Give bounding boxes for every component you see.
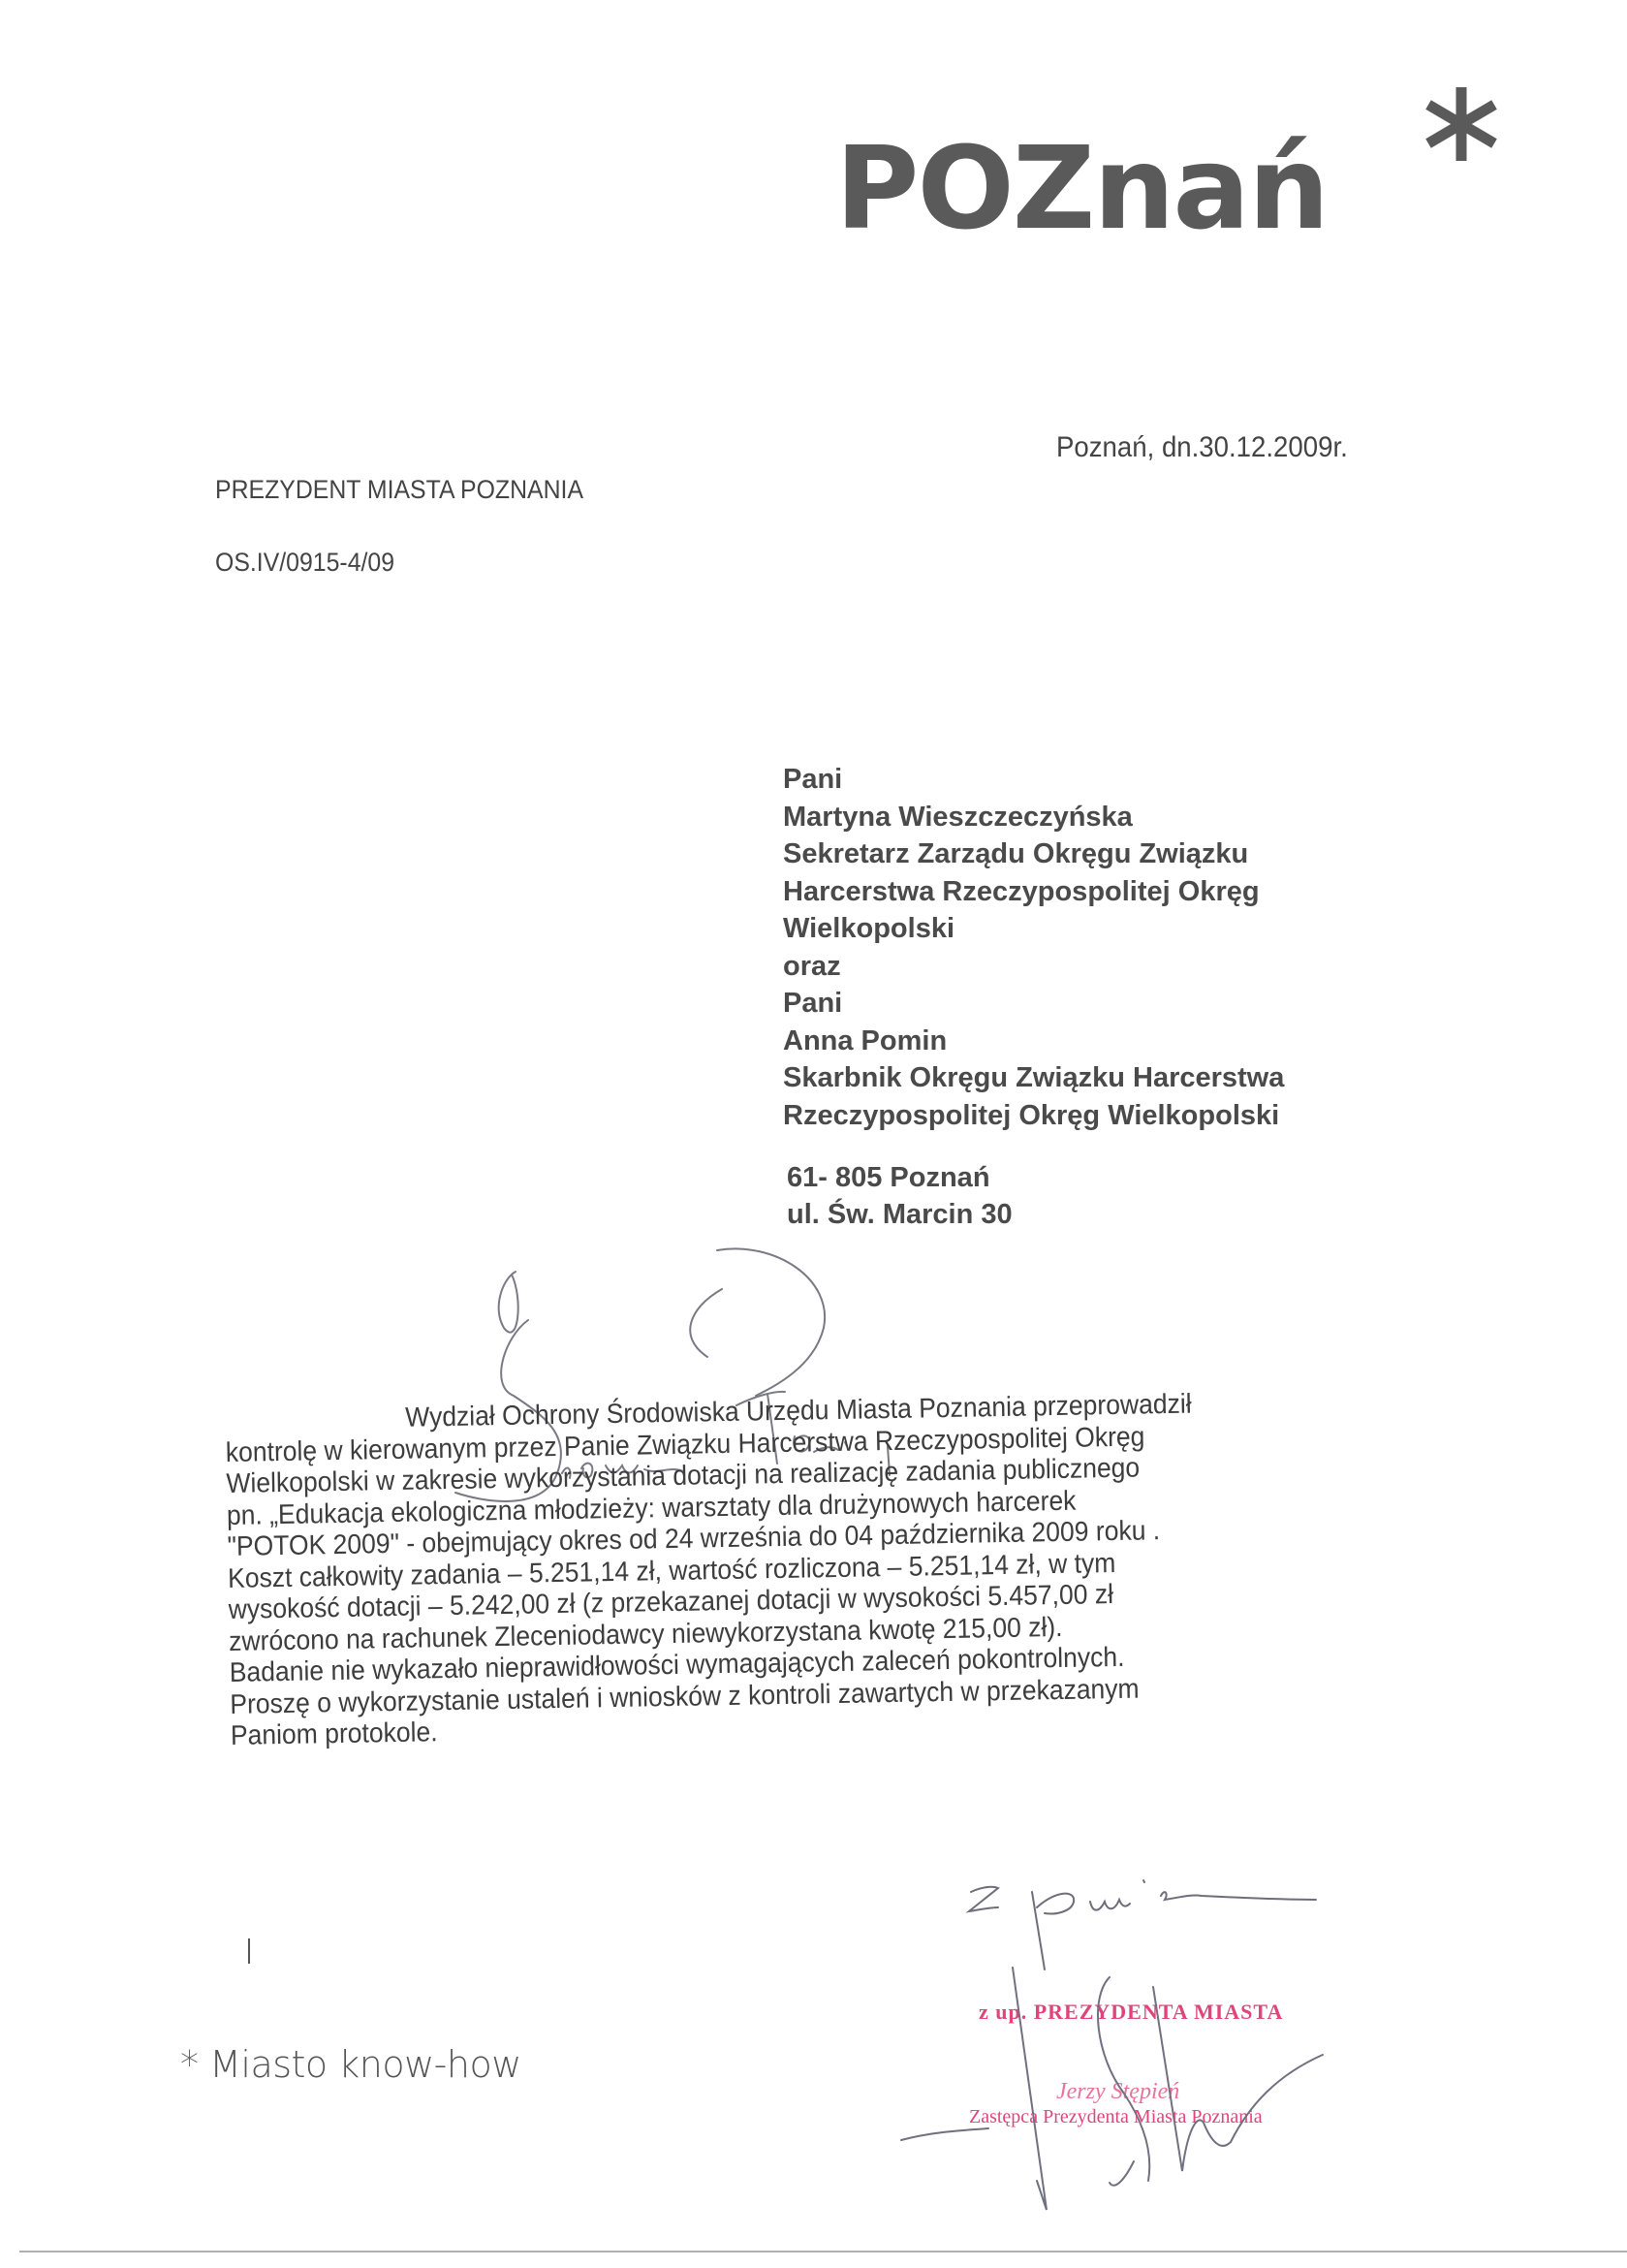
city-slogan: * Miasto know-how [180, 2043, 521, 2086]
addressee-line: Harcerstwa Rzeczypospolitej Okręg [783, 873, 1284, 911]
addressee-line: Sekretarz Zarządu Okręgu Związku [783, 835, 1284, 873]
letter-body: Wydział Ochrony Środowiska Urzędu Miasta… [225, 1386, 1358, 1752]
slogan-text: Miasto know-how [209, 2043, 521, 2086]
reference-number: OS.IV/0915-4/09 [215, 548, 394, 578]
addressee-line: oraz [783, 948, 1284, 986]
addressee-line: Martyna Wieszczeczyńska [783, 799, 1284, 836]
postal-code-city: 61- 805 Poznań [787, 1159, 1013, 1196]
slogan-asterisk-icon: * [180, 2043, 199, 2086]
city-logo: POZnań [835, 131, 1328, 245]
addressee-line: Anna Pomin [783, 1023, 1284, 1060]
asterisk-icon [1423, 85, 1500, 163]
addressee-line: Skarbnik Okręgu Związku Harcerstwa [783, 1059, 1284, 1097]
bottom-rule [19, 2251, 1627, 2252]
stray-mark [248, 1938, 250, 1964]
handwritten-salutation: Szanowne Panie [426, 1221, 1105, 1415]
addressee-line: Wielkopolski [783, 910, 1284, 948]
place-and-date: Poznań, dn.30.12.2009r. [1056, 431, 1348, 464]
addressee-line: Pani [783, 761, 1284, 799]
signature [892, 1958, 1357, 2220]
addressee-line: Pani [783, 985, 1284, 1023]
addressee-line: Rzeczypospolitej Okręg Wielkopolski [783, 1097, 1284, 1135]
addressee-block: Pani Martyna Wieszczeczyńska Sekretarz Z… [783, 761, 1284, 1134]
sender: PREZYDENT MIASTA POZNANIA [215, 475, 583, 505]
